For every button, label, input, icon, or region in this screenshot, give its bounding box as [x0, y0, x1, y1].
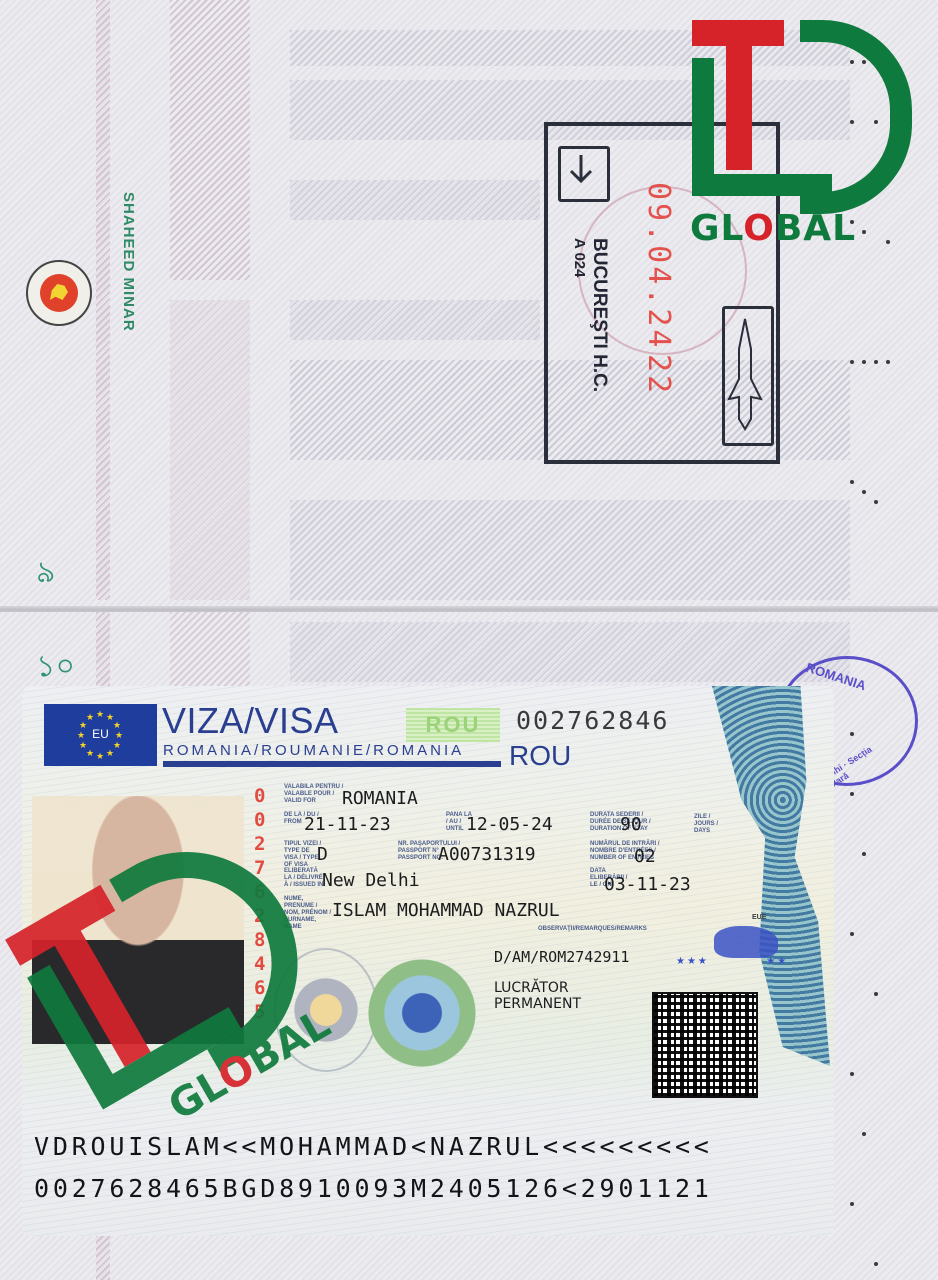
europa-bull-icon	[714, 926, 778, 958]
rou-hologram: ROU	[406, 708, 500, 742]
eu-label: EU	[44, 727, 157, 741]
country-code: ROU	[509, 740, 571, 772]
remark-line: D/AM/ROM2742911	[494, 948, 629, 966]
microprint-strip	[163, 761, 501, 767]
background-pattern	[290, 622, 850, 682]
field-passport: A00731319	[438, 844, 536, 865]
field-entries: 02	[634, 846, 656, 867]
field-duration: 90	[620, 814, 642, 835]
field-type: D	[317, 844, 328, 865]
background-pattern	[290, 180, 540, 220]
eu-flag: ★★ ★★ ★★ ★★ ★★ ★★ EU	[44, 704, 157, 766]
visa-number: 002762846	[516, 706, 669, 735]
visa-title: VIZA/VISA	[162, 700, 339, 742]
field-label-valid-for: VALABILA PENTRU / VALABLE POUR / VALID F…	[284, 784, 344, 805]
watermark-logo: GLOBAL	[690, 18, 910, 248]
stamp-location: BUCUREŞTI H.C.	[588, 238, 610, 392]
stamp-code: 22	[641, 354, 676, 396]
field-issued-in: New Delhi	[322, 870, 420, 891]
logo-t-stem	[726, 20, 752, 170]
stars-row: ★★★ ★★	[676, 956, 788, 967]
security-band	[170, 612, 250, 692]
passport-page-top: SHAHEED MINAR ৯ 09.04.24 22 BUCUREŞTI H.…	[0, 0, 938, 610]
security-band	[170, 0, 250, 280]
visa-subtitle: ROMANIA/ROUMANIE/ROMANIA	[163, 742, 464, 759]
remark-line: PERMANENT	[494, 996, 581, 1012]
mrz-line-2: 0027628465BGD8910093M2405126<2901121	[34, 1174, 713, 1203]
logo-wordmark: GLOBAL	[690, 208, 856, 249]
field-name: ISLAM MOHAMMAD NAZRUL	[332, 900, 560, 921]
field-from: 21-11-23	[304, 814, 391, 835]
stamp-date: 09.04.24	[641, 182, 676, 351]
stamp-post: A 024	[571, 238, 588, 277]
field-valid-for: ROMANIA	[342, 788, 418, 809]
logo-d	[800, 20, 912, 214]
airplane-icon	[722, 306, 774, 446]
background-pattern	[290, 300, 540, 340]
page-number: ৯	[36, 548, 55, 599]
field-label-remarks: OBSERVAŢII/REMARQUES/REMARKS	[538, 926, 678, 933]
remark-line: LUCRĂTOR	[494, 980, 569, 996]
entry-arrow-icon	[558, 146, 610, 202]
landmark-label: SHAHEED MINAR	[120, 192, 137, 332]
security-band	[96, 0, 110, 600]
field-duration-unit: ZILE / JOURS / DAYS	[694, 814, 718, 835]
field-issued-on: 03-11-23	[604, 874, 691, 895]
eue-label: EUE	[752, 914, 766, 921]
bangladesh-emblem	[26, 260, 92, 326]
datamatrix-code	[652, 992, 758, 1098]
background-pattern	[290, 500, 850, 600]
field-until: 12-05-24	[466, 814, 553, 835]
security-band	[170, 300, 250, 600]
